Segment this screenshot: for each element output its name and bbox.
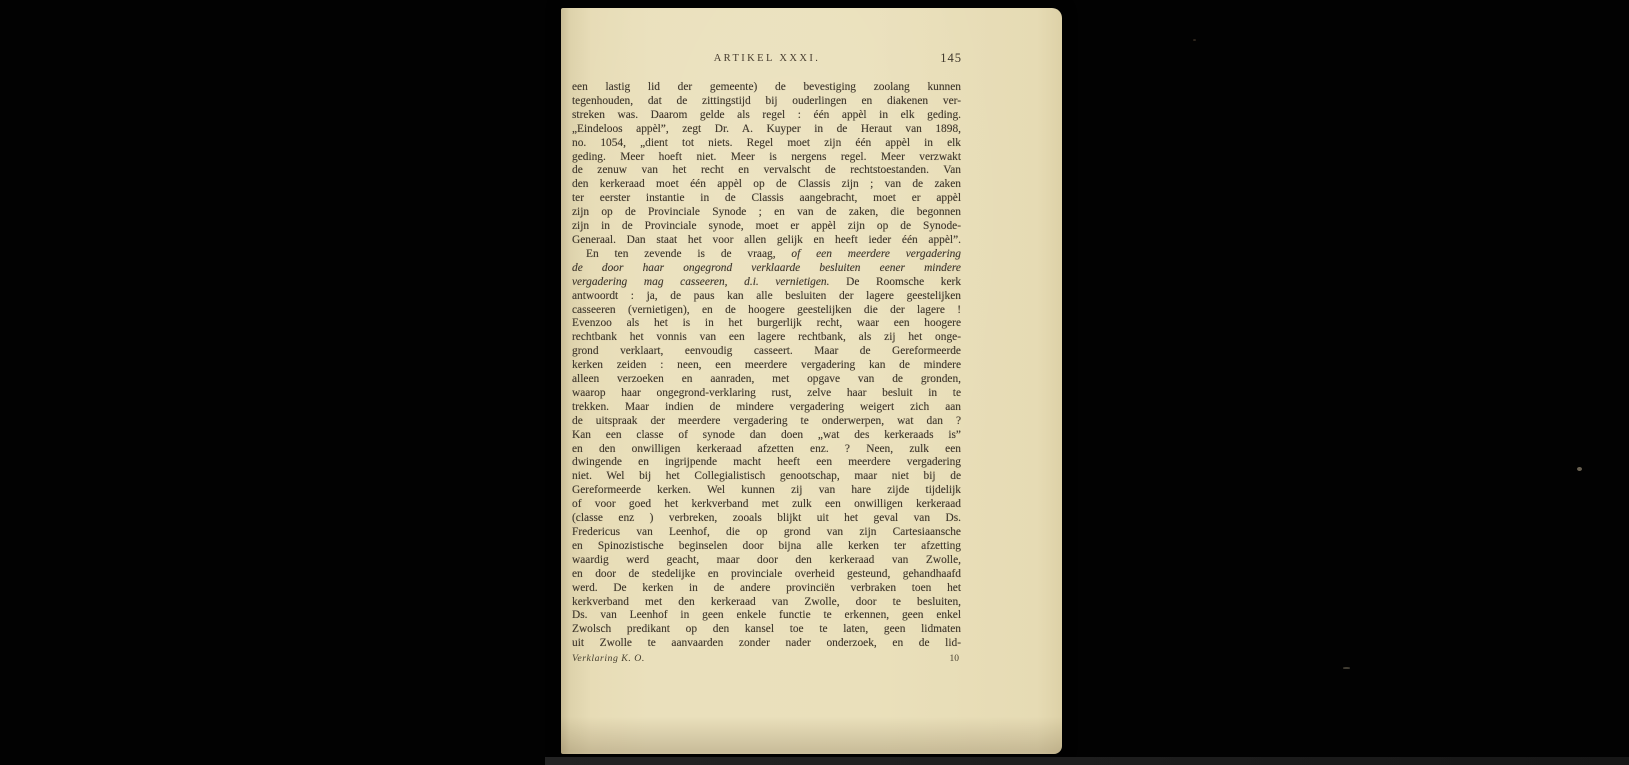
- italic-text-segment: vergadering mag casseeren, d.i. vernieti…: [572, 276, 829, 288]
- text-line: zijn op de Provinciale Synode ; en van d…: [572, 206, 961, 220]
- scan-speck: [1577, 467, 1582, 471]
- text-segment: (classe enz ) verbreken, zooals blijkt u…: [572, 512, 961, 524]
- footer-book-title: Verklaring K. O.: [572, 653, 645, 664]
- text-line: casseeren (vernietigen), en de hoogere g…: [572, 304, 961, 318]
- text-line: (classe enz ) verbreken, zooals blijkt u…: [572, 512, 961, 526]
- text-segment: alleen verzoeken en aanraden, met opgave…: [572, 373, 961, 385]
- text-segment: Generaal. Dan staat het voor allen gelij…: [572, 234, 961, 246]
- text-segment: Fredericus van Leenhof, die op grond van…: [572, 526, 961, 538]
- text-segment: „Eindeloos appèl”, zegt Dr. A. Kuyper in…: [572, 123, 961, 135]
- text-line: rechtbank het vonnis van een lagere rech…: [572, 331, 961, 345]
- text-segment: of voor goed het kerkverband met zulk ee…: [572, 498, 961, 510]
- text-segment: een lastig lid der gemeente) de bevestig…: [572, 81, 961, 93]
- scan-viewer-canvas: ARTIKEL XXXI. 145 een lastig lid der gem…: [0, 0, 1629, 765]
- text-segment: waarop haar ongegrond-verklaring rust, z…: [572, 387, 961, 399]
- text-line: waarop haar ongegrond-verklaring rust, z…: [572, 387, 961, 401]
- text-segment: antwoordt : ja, de paus kan alle besluit…: [572, 290, 961, 302]
- text-line: dwingende en ingrijpende macht heeft een…: [572, 456, 961, 470]
- text-segment: werd. De kerken in de andere provinciën …: [572, 582, 961, 594]
- text-segment: en Spinozistische beginselen door bijna …: [572, 540, 961, 552]
- text-line: En ten zevende is de vraag, of een meerd…: [572, 248, 961, 262]
- text-line: Zwolsch predikant op den kansel toe te l…: [572, 623, 961, 637]
- text-line: „Eindeloos appèl”, zegt Dr. A. Kuyper in…: [572, 123, 961, 137]
- text-segment: no. 1054, „dient tot niets. Regel moet z…: [572, 137, 961, 149]
- text-segment: de uitspraak der meerdere vergadering te…: [572, 415, 961, 427]
- text-segment: grond verklaart, eenvoudig casseert. Maa…: [572, 345, 961, 357]
- book-page-scan: ARTIKEL XXXI. 145 een lastig lid der gem…: [561, 8, 1062, 754]
- text-line: niet. Wel bij het Collegialistisch genoo…: [572, 470, 961, 484]
- text-line: Kan een classe of synode dan doen „wat d…: [572, 429, 961, 443]
- text-line: kerken zeiden : neen, een meerdere verga…: [572, 359, 961, 373]
- text-line: Fredericus van Leenhof, die op grond van…: [572, 526, 961, 540]
- text-line: werd. De kerken in de andere provinciën …: [572, 582, 961, 596]
- text-segment: geding. Meer hoeft niet. Meer is nergens…: [572, 151, 961, 163]
- printer-signature-number: 10: [950, 654, 960, 664]
- text-segment: Evenzoo als het is in het burgerlijk rec…: [572, 317, 961, 329]
- text-segment: de zenuw van het recht en vervalscht de …: [572, 164, 961, 176]
- text-segment: kerken zeiden : neen, een meerdere verga…: [572, 359, 961, 371]
- text-line: Generaal. Dan staat het voor allen gelij…: [572, 234, 961, 248]
- text-line: en den onwilligen kerkeraad afzetten enz…: [572, 443, 961, 457]
- italic-text-segment: de door haar ongegrond verklaarde beslui…: [572, 262, 961, 274]
- text-segment: streken was. Daarom gelde als regel : éé…: [572, 109, 961, 121]
- text-line: trekken. Maar indien de mindere vergader…: [572, 401, 961, 415]
- text-line: zijn in de Provinciale synode, moet er a…: [572, 220, 961, 234]
- text-segment: casseeren (vernietigen), en de hoogere g…: [572, 304, 961, 316]
- text-line: de zenuw van het recht en vervalscht de …: [572, 164, 961, 178]
- text-segment: De Roomsche kerk: [829, 276, 961, 288]
- text-segment: En ten zevende is de vraag,: [586, 248, 791, 260]
- text-line: kerkverband met den kerkeraad van Zwolle…: [572, 596, 961, 610]
- italic-text-segment: of een meerdere vergadering: [791, 248, 961, 260]
- page-footer: Verklaring K. O. 10: [572, 653, 961, 667]
- text-segment: trekken. Maar indien de mindere vergader…: [572, 401, 961, 413]
- text-line: geding. Meer hoeft niet. Meer is nergens…: [572, 151, 961, 165]
- text-segment: uit Zwolle te aanvaarden zonder nader on…: [572, 637, 961, 649]
- text-line: Gereformeerde kerken. Wel kunnen zij van…: [572, 484, 961, 498]
- text-segment: Gereformeerde kerken. Wel kunnen zij van…: [572, 484, 961, 496]
- text-segment: Ds. van Leenhof in geen enkele functie t…: [572, 609, 961, 621]
- text-segment: tegenhouden, dat de zittingstijd bij oud…: [572, 95, 961, 107]
- text-line: tegenhouden, dat de zittingstijd bij oud…: [572, 95, 961, 109]
- text-line: uit Zwolle te aanvaarden zonder nader on…: [572, 637, 961, 651]
- text-segment: dwingende en ingrijpende macht heeft een…: [572, 456, 961, 468]
- running-header-title: ARTIKEL XXXI.: [714, 53, 821, 64]
- text-line: Evenzoo als het is in het burgerlijk rec…: [572, 317, 961, 331]
- scan-speck: [1193, 39, 1196, 41]
- text-line: alleen verzoeken en aanraden, met opgave…: [572, 373, 961, 387]
- text-line: no. 1054, „dient tot niets. Regel moet z…: [572, 137, 961, 151]
- page-text: een lastig lid der gemeente) de bevestig…: [572, 81, 961, 651]
- page-number: 145: [940, 51, 962, 66]
- text-line: de door haar ongegrond verklaarde beslui…: [572, 262, 961, 276]
- book-block-edge: [1062, 6, 1073, 756]
- text-line: of voor goed het kerkverband met zulk ee…: [572, 498, 961, 512]
- text-line: en Spinozistische beginselen door bijna …: [572, 540, 961, 554]
- text-line: grond verklaart, eenvoudig casseert. Maa…: [572, 345, 961, 359]
- text-line: ter eerster instantie in de Classis aang…: [572, 192, 961, 206]
- text-segment: kerkverband met den kerkeraad van Zwolle…: [572, 596, 961, 608]
- text-segment: waardig werd geacht, maar door den kerke…: [572, 554, 961, 566]
- text-segment: zijn op de Provinciale Synode ; en van d…: [572, 206, 961, 218]
- text-segment: Kan een classe of synode dan doen „wat d…: [572, 429, 961, 441]
- text-line: een lastig lid der gemeente) de bevestig…: [572, 81, 961, 95]
- text-segment: niet. Wel bij het Collegialistisch genoo…: [572, 470, 961, 482]
- text-line: Ds. van Leenhof in geen enkele functie t…: [572, 609, 961, 623]
- text-segment: en den onwilligen kerkeraad afzetten enz…: [572, 443, 961, 455]
- text-segment: ter eerster instantie in de Classis aang…: [572, 192, 961, 204]
- text-line: de uitspraak der meerdere vergadering te…: [572, 415, 961, 429]
- text-segment: en door de stedelijke en provinciale ove…: [572, 568, 961, 580]
- text-line: antwoordt : ja, de paus kan alle besluit…: [572, 290, 961, 304]
- text-segment: zijn in de Provinciale synode, moet er a…: [572, 220, 961, 232]
- text-segment: rechtbank het vonnis van een lagere rech…: [572, 331, 961, 343]
- scanner-bed-strip: [545, 757, 1629, 765]
- text-line: den kerkeraad moet één appèl op de Class…: [572, 178, 961, 192]
- text-segment: den kerkeraad moet één appèl op de Class…: [572, 178, 961, 190]
- text-line: waardig werd geacht, maar door den kerke…: [572, 554, 961, 568]
- running-header: ARTIKEL XXXI. 145: [572, 53, 962, 73]
- text-line: streken was. Daarom gelde als regel : éé…: [572, 109, 961, 123]
- text-line: vergadering mag casseeren, d.i. vernieti…: [572, 276, 961, 290]
- scan-speck: [1343, 667, 1350, 669]
- text-line: en door de stedelijke en provinciale ove…: [572, 568, 961, 582]
- text-segment: Zwolsch predikant op den kansel toe te l…: [572, 623, 961, 635]
